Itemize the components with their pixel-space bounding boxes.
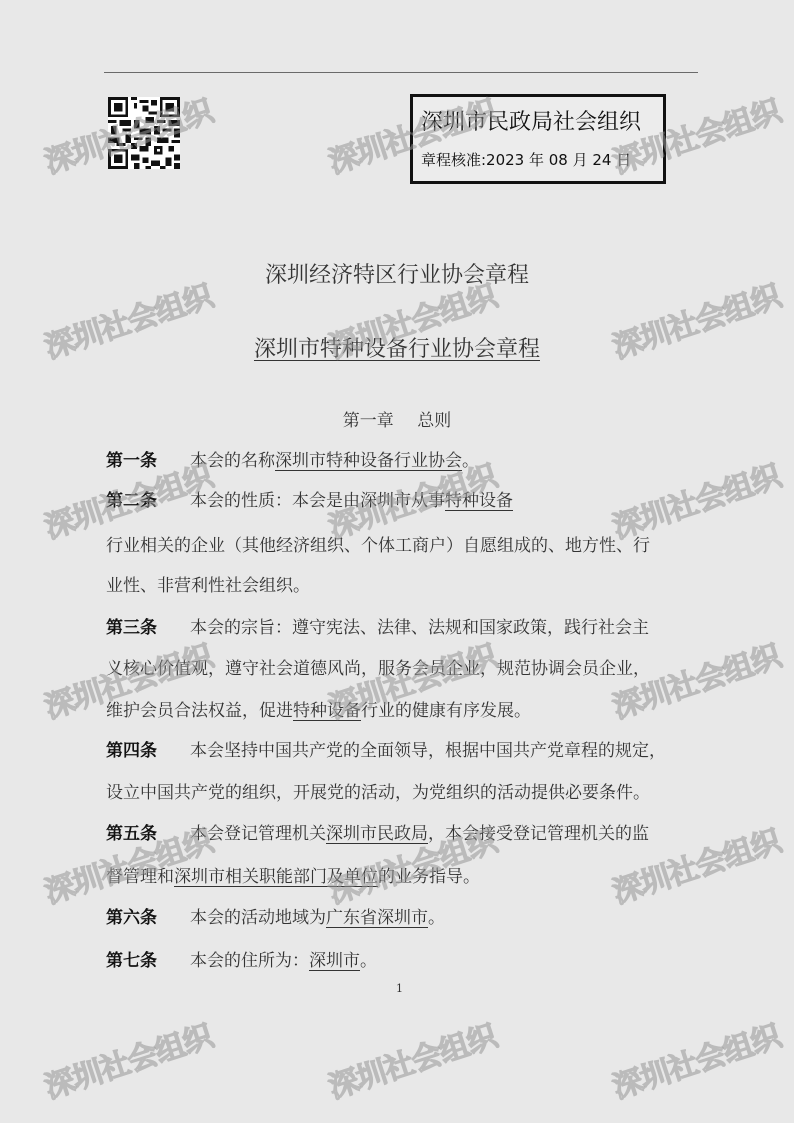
article-text: 本会的住所为：	[190, 951, 309, 971]
article-line: 督管理和深圳市相关职能部门及单位的业务指导。	[106, 866, 706, 888]
qr-code-icon	[108, 97, 180, 169]
watermark-text: 深圳社会组织	[606, 1011, 785, 1107]
article-line: 第六条本会的活动地域为广东省深圳市。	[106, 907, 706, 929]
article-text: 维护会员合法权益，促进	[106, 701, 293, 721]
article-line: 业性、非营利性社会组织。	[106, 575, 706, 597]
article-line: 第三条本会的宗旨：遵守宪法、法律、法规和国家政策，践行社会主	[106, 617, 706, 639]
chapter-name: 总则	[417, 411, 451, 431]
article-text: 设立中国共产党的组织，开展党的活动，为党组织的活动提供必要条件。	[106, 783, 650, 803]
article-text: 行业相关的企业（其他经济组织、个体工商户）自愿组成的、地方性、行	[106, 536, 650, 556]
underlined-text: 深圳市	[309, 951, 360, 971]
article-text: 本会登记管理机关	[190, 824, 326, 844]
header-rule	[104, 72, 698, 73]
document-subtitle: 深圳市特种设备行业协会章程	[0, 332, 794, 363]
article-line: 义核心价值观，遵守社会道德风尚，服务会员企业，规范协调会员企业，	[106, 658, 706, 680]
article-label: 第四条	[106, 740, 190, 762]
article-text: 本会坚持中国共产党的全面领导，根据中国共产党章程的规定，	[190, 741, 666, 761]
article-label: 第三条	[106, 617, 190, 639]
stamp-title: 深圳市民政局社会组织	[421, 105, 641, 136]
article-text: 本会的活动地域为	[190, 908, 326, 928]
article-line: 第五条本会登记管理机关深圳市民政局，本会接受登记管理机关的监	[106, 823, 706, 845]
underlined-text: 广东省深圳市	[326, 908, 428, 928]
approval-stamp: 深圳市民政局社会组织 章程核准:2023 年 08 月 24 日	[410, 94, 666, 184]
article-label: 第七条	[106, 950, 190, 972]
watermark-text: 深圳社会组织	[38, 1011, 217, 1107]
article-label: 第一条	[106, 450, 190, 472]
article-line: 设立中国共产党的组织，开展党的活动，为党组织的活动提供必要条件。	[106, 782, 706, 804]
article-label: 第二条	[106, 490, 190, 512]
watermark-text: 深圳社会组织	[322, 1011, 501, 1107]
article-text: 的业务指导。	[378, 867, 480, 887]
chapter-number: 第一章	[343, 411, 394, 431]
article-text: 。	[462, 451, 479, 471]
article-text: 义核心价值观，遵守社会道德风尚，服务会员企业，规范协调会员企业，	[106, 659, 650, 679]
article-text: 。	[428, 908, 445, 928]
chapter-heading: 第一章 总则	[0, 406, 794, 431]
article-text: 督管理和	[106, 867, 174, 887]
association-name: 深圳市特种设备行业协会章程	[254, 337, 540, 362]
article-label: 第五条	[106, 823, 190, 845]
underlined-text: 特种设备	[445, 491, 513, 511]
article-text: 行业的健康有序发展。	[361, 701, 531, 721]
page-number: 1	[396, 982, 403, 995]
article-line: 第二条本会的性质：本会是由深圳市从事特种设备	[106, 490, 706, 512]
article-text: 。	[360, 951, 377, 971]
article-text: 本会的宗旨：遵守宪法、法律、法规和国家政策，践行社会主	[190, 618, 649, 638]
underlined-text: 特种设备	[293, 701, 361, 721]
article-line: 行业相关的企业（其他经济组织、个体工商户）自愿组成的、地方性、行	[106, 535, 706, 557]
article-text: ，本会接受登记管理机关的监	[428, 824, 649, 844]
underlined-text: 深圳市特种设备行业协会	[275, 451, 462, 471]
document-page: 深圳市民政局社会组织 章程核准:2023 年 08 月 24 日 深圳经济特区行…	[0, 0, 794, 1123]
underlined-text: 深圳市相关职能部门及单位	[174, 867, 378, 887]
underlined-text: 深圳市民政局	[326, 824, 428, 844]
article-text: 本会的名称	[190, 451, 275, 471]
article-text: 本会的性质：本会是由深圳市从事	[190, 491, 445, 511]
stamp-approval-date: 章程核准:2023 年 08 月 24 日	[421, 149, 631, 170]
article-text: 业性、非营利性社会组织。	[106, 576, 310, 596]
article-line: 第四条本会坚持中国共产党的全面领导，根据中国共产党章程的规定，	[106, 740, 706, 762]
article-label: 第六条	[106, 907, 190, 929]
article-line: 第七条本会的住所为：深圳市。	[106, 950, 706, 972]
article-line: 第一条本会的名称深圳市特种设备行业协会。	[106, 450, 706, 472]
document-title: 深圳经济特区行业协会章程	[0, 258, 794, 289]
article-line: 维护会员合法权益，促进特种设备行业的健康有序发展。	[106, 700, 706, 722]
